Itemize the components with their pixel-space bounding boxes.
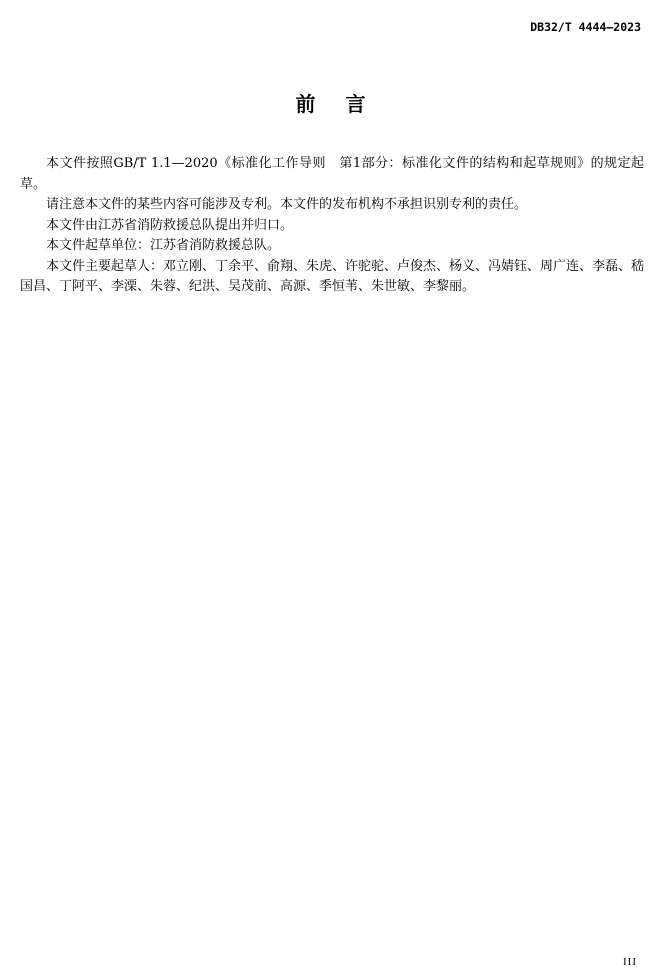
paragraph-drafting-rules: 本文件按照GB/T 1.1—2020《标准化工作导则 第1部分：标准化文件的结构… <box>20 154 644 195</box>
page-number: III <box>623 956 637 968</box>
paragraph-drafting-unit: 本文件起草单位：江苏省消防救援总队。 <box>20 236 644 257</box>
foreword-body: 本文件按照GB/T 1.1—2020《标准化工作导则 第1部分：标准化文件的结构… <box>20 154 644 298</box>
paragraph-drafters: 本文件主要起草人：邓立刚、丁余平、俞翔、朱虎、许驼驼、卢俊杰、杨义、冯婧钰、周广… <box>20 257 644 298</box>
paragraph-proposer: 本文件由江苏省消防救援总队提出并归口。 <box>20 216 644 237</box>
paragraph-patent-notice: 请注意本文件的某些内容可能涉及专利。本文件的发布机构不承担识别专利的责任。 <box>20 195 644 216</box>
section-title: 前言 <box>0 88 661 117</box>
document-code: DB32/T 4444—2023 <box>530 20 641 34</box>
